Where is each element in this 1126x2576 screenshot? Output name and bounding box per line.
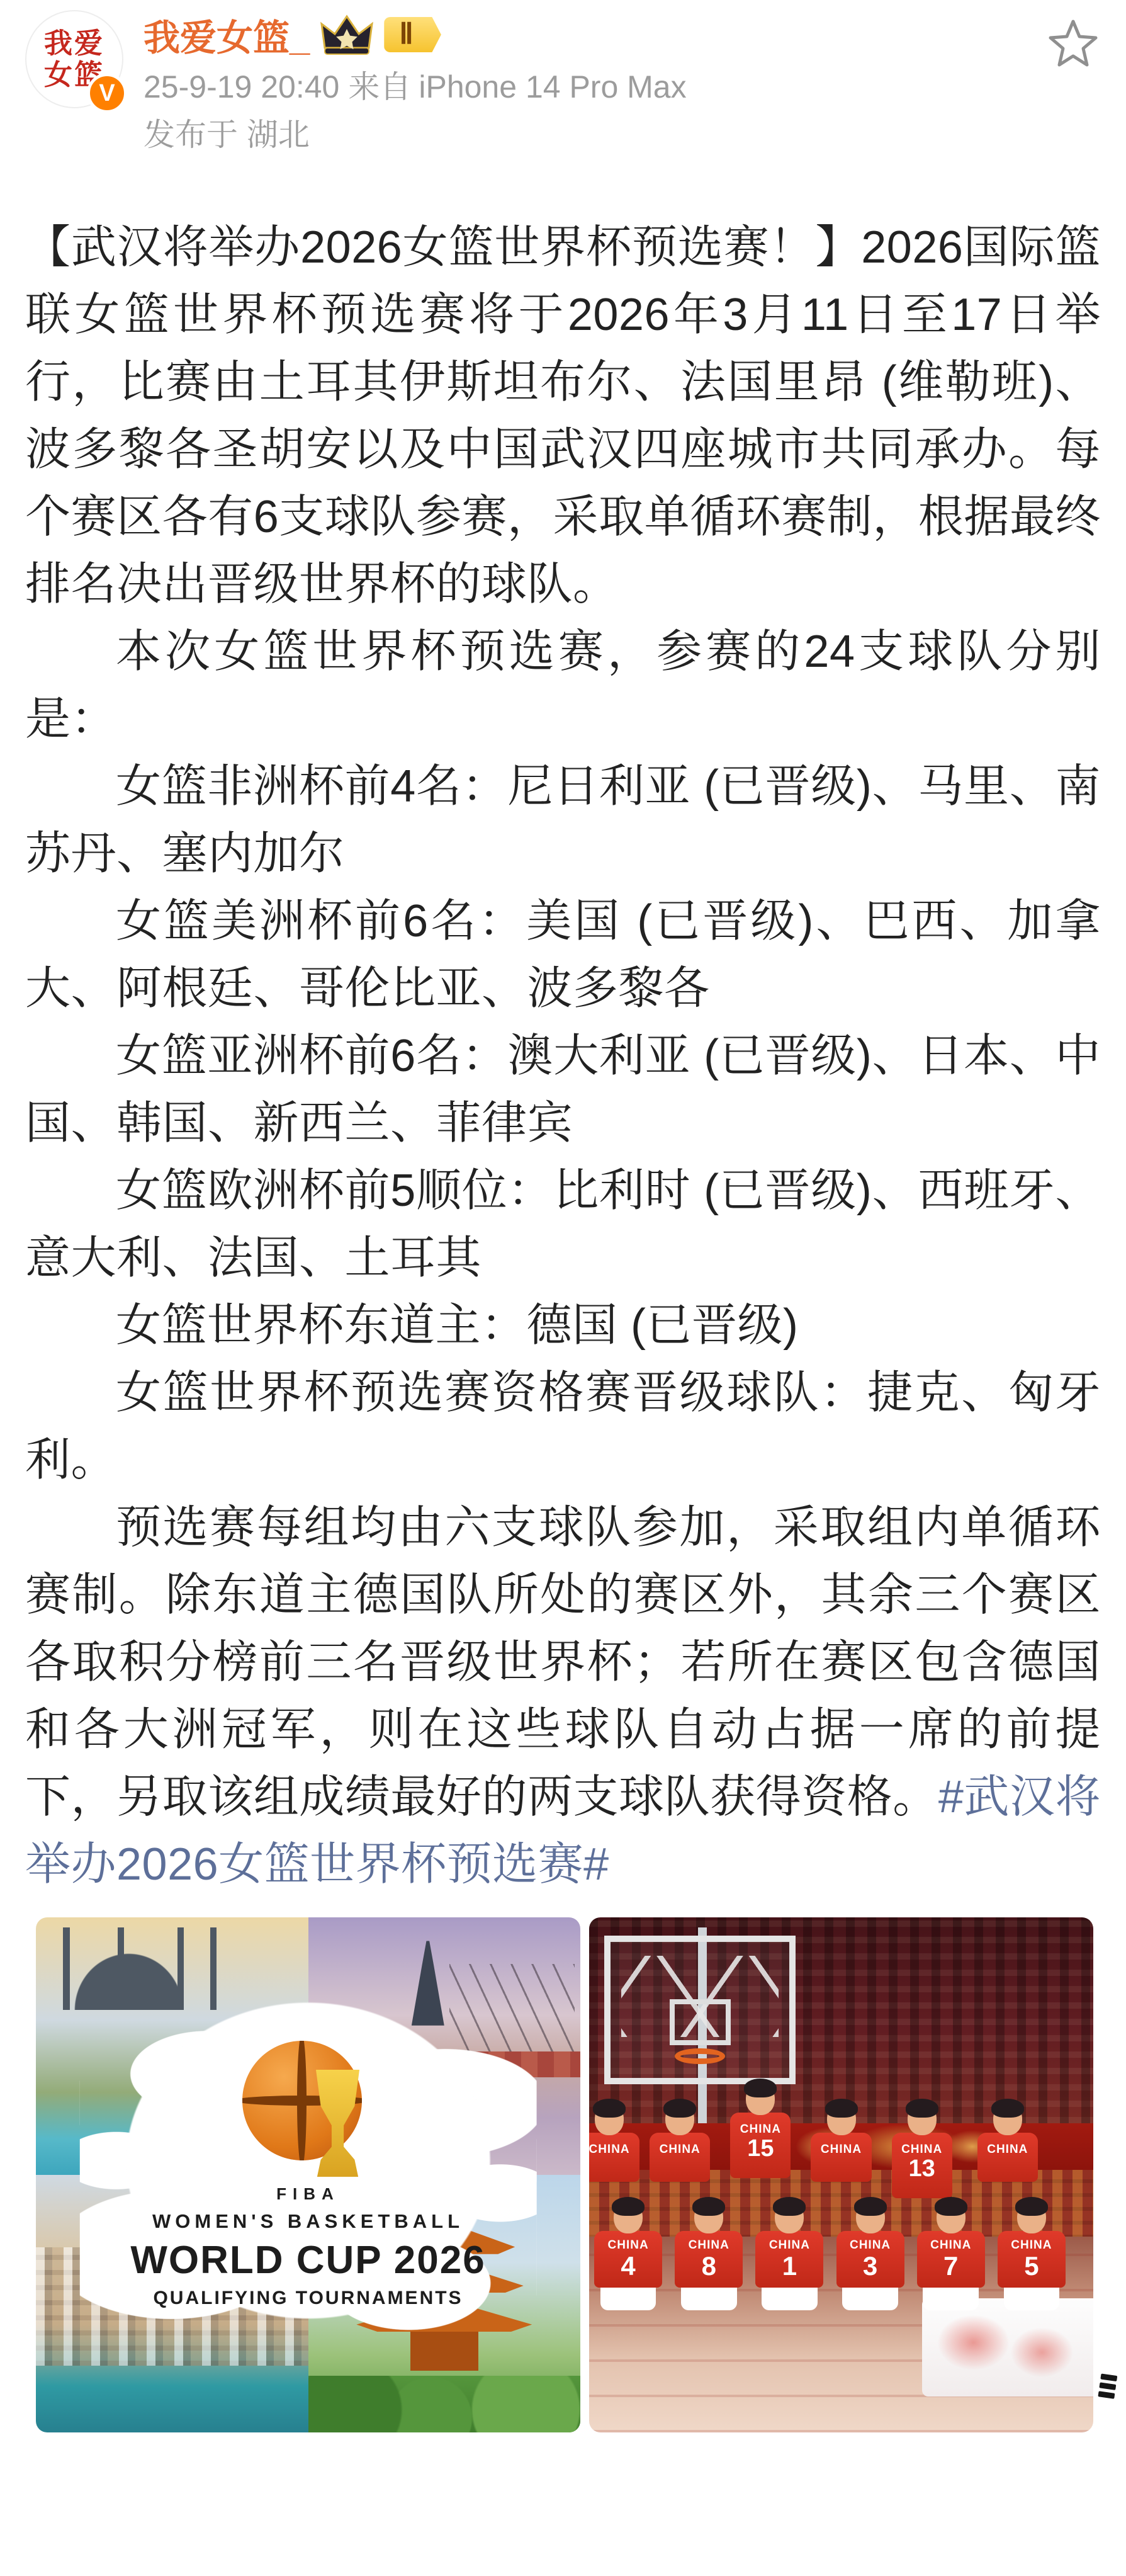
jersey-number: 4 — [597, 2252, 660, 2280]
jersey-number — [589, 2157, 637, 2165]
paragraph: 女篮欧洲杯前5顺位：比利时 (已晋级)、西班牙、意大利、法国、土耳其 — [25, 1157, 1101, 1292]
source-device: iPhone 14 Pro Max — [419, 69, 686, 105]
timestamp: 25-9-19 20:40 — [144, 69, 339, 105]
player: CHINA 8 — [675, 2201, 743, 2310]
image-watermark — [1095, 2373, 1119, 2416]
player-shorts — [842, 2288, 898, 2310]
paragraph-text: 【武汉将举办2026女篮世界杯预选赛！】2026国际篮联女篮世界杯预选赛将于20… — [25, 222, 1101, 610]
player: CHINA 7 — [917, 2201, 985, 2310]
image-china-team-photo[interactable]: CHINA CHINA CHINA 15 — [589, 1917, 1093, 2432]
player-jersey: CHINA 15 — [730, 2113, 791, 2178]
player-jersey: CHINA — [977, 2133, 1038, 2182]
fiba-worldcup-logo: FIBA WOMEN'S BASKETBALL WORLD CUP 2026 Q… — [91, 2041, 526, 2309]
player: CHINA 1 — [755, 2201, 823, 2310]
jersey-number: 7 — [920, 2252, 982, 2280]
crown-icon — [320, 11, 374, 58]
jersey-number — [813, 2157, 869, 2165]
jersey-label: CHINA — [758, 2238, 821, 2252]
header-info: 我爱女篮_ Ⅱ 25-9-19 20:40来自iPhone 14 Pro Max… — [144, 11, 1098, 154]
jersey-number: 1 — [758, 2252, 821, 2280]
paragraph-text: 女篮亚洲杯前6名：澳大利亚 (已晋级)、日本、中国、韩国、新西兰、菲律宾 — [25, 1031, 1101, 1149]
player-jersey: CHINA — [650, 2133, 710, 2182]
logo-line3: QUALIFYING TOURNAMENTS — [91, 2288, 526, 2309]
player-jersey: CHINA 13 — [892, 2133, 952, 2198]
player: CHINA 13 — [892, 2102, 952, 2198]
jersey-label: CHINA — [894, 2143, 950, 2157]
location-row: 发布于 湖北 — [144, 116, 1098, 154]
player-head — [746, 2082, 775, 2115]
player-shorts — [923, 2288, 979, 2310]
paragraph: 女篮世界杯东道主：德国 (已晋级) — [25, 1292, 1101, 1359]
player-head — [827, 2102, 856, 2135]
player-jersey: CHINA 1 — [755, 2231, 823, 2288]
username[interactable]: 我爱女篮_ — [144, 8, 310, 61]
logo-brand: FIBA — [91, 2184, 526, 2204]
player-jersey: CHINA 8 — [675, 2231, 743, 2288]
jersey-number: 13 — [894, 2157, 950, 2182]
player-head — [1017, 2201, 1046, 2233]
player-shorts — [681, 2288, 737, 2310]
jersey-number — [980, 2157, 1035, 2165]
vip-level-numeral: Ⅱ — [399, 18, 414, 50]
player-head — [595, 2102, 624, 2135]
player-head — [993, 2102, 1022, 2135]
logo-line1: WOMEN'S BASKETBALL — [91, 2210, 526, 2233]
paragraph-text: 女篮世界杯预选赛资格赛晋级球队：捷克、匈牙利。 — [25, 1368, 1101, 1485]
avatar-text-line1: 我爱 — [44, 28, 104, 59]
player: CHINA 5 — [998, 2201, 1066, 2310]
jersey-label: CHINA — [652, 2143, 707, 2157]
paragraph: 本次女篮世界杯预选赛，参赛的24支球队分别是： — [25, 618, 1101, 753]
jersey-number — [652, 2157, 707, 2165]
player-head — [614, 2201, 643, 2233]
player-jersey: CHINA 4 — [594, 2231, 662, 2288]
backboard-inner-square — [670, 1999, 731, 2045]
jersey-number: 8 — [677, 2252, 740, 2280]
jersey-label: CHINA — [813, 2143, 869, 2157]
player-jersey: CHINA 5 — [998, 2231, 1066, 2288]
paragraph: 女篮亚洲杯前6名：澳大利亚 (已晋级)、日本、中国、韩国、新西兰、菲律宾 — [25, 1023, 1101, 1157]
sponsor-board — [922, 2298, 1093, 2396]
avatar[interactable]: 我爱 女篮 V — [25, 10, 123, 108]
player-head — [937, 2201, 966, 2233]
image-worldcup-collage[interactable]: FIBA WOMEN'S BASKETBALL WORLD CUP 2026 Q… — [36, 1917, 580, 2432]
player-shorts — [762, 2288, 818, 2310]
player-head — [694, 2201, 723, 2233]
paragraph-text: 女篮非洲杯前4名：尼日利亚 (已晋级)、马里、南苏丹、塞内加尔 — [25, 761, 1101, 879]
player: CHINA — [589, 2102, 639, 2182]
favorite-star-icon[interactable] — [1047, 16, 1100, 69]
player-shorts — [600, 2288, 656, 2310]
verified-badge-letter: V — [99, 80, 115, 107]
paragraph: 女篮非洲杯前4名：尼日利亚 (已晋级)、马里、南苏丹、塞内加尔 — [25, 753, 1101, 888]
post-body: 【武汉将举办2026女篮世界杯预选赛！】2026国际篮联女篮世界杯预选赛将于20… — [0, 214, 1126, 1898]
jersey-label: CHINA — [733, 2123, 788, 2136]
player-jersey: CHINA — [811, 2133, 871, 2182]
jersey-label: CHINA — [980, 2143, 1035, 2157]
name-row: 我爱女篮_ Ⅱ — [144, 11, 1098, 58]
jersey-number: 3 — [839, 2252, 902, 2280]
player: CHINA — [977, 2102, 1038, 2182]
player: CHINA — [811, 2102, 871, 2182]
player: CHINA 4 — [594, 2201, 662, 2310]
paragraph-text: 女篮世界杯东道主：德国 (已晋级) — [116, 1300, 798, 1351]
source-prefix: 来自 — [348, 69, 411, 105]
player-jersey: CHINA 3 — [836, 2231, 904, 2288]
basketball-hoop — [675, 2048, 725, 2065]
backboard-frame — [604, 1936, 796, 2084]
paragraph: 女篮美洲杯前6名：美国 (已晋级)、巴西、加拿大、阿根廷、哥伦比亚、波多黎各 — [25, 888, 1101, 1023]
jersey-number: 5 — [1000, 2252, 1063, 2280]
player: CHINA 15 — [730, 2082, 791, 2178]
jersey-label: CHINA — [677, 2238, 740, 2252]
post-images: FIBA WOMEN'S BASKETBALL WORLD CUP 2026 Q… — [0, 1917, 1126, 2432]
post-header: 我爱 女篮 V 我爱女篮_ Ⅱ — [0, 0, 1126, 181]
jersey-label: CHINA — [1000, 2238, 1063, 2252]
player-jersey: CHINA 7 — [917, 2231, 985, 2288]
paragraph: 预选赛每组均由六支球队参加，采取组内单循环赛制。除东道主德国队所处的赛区外，其余… — [25, 1494, 1101, 1898]
minaret-silhouette — [63, 1927, 69, 2010]
player-head — [908, 2102, 937, 2135]
paragraph-text: 本次女篮世界杯预选赛，参赛的24支球队分别是： — [25, 627, 1101, 744]
jersey-label: CHINA — [920, 2238, 982, 2252]
player-head — [665, 2102, 694, 2135]
paragraph-text: 女篮美洲杯前6名：美国 (已晋级)、巴西、加拿大、阿根廷、哥伦比亚、波多黎各 — [25, 896, 1101, 1014]
jersey-number: 15 — [733, 2136, 788, 2162]
jersey-label: CHINA — [589, 2143, 637, 2157]
vip-level-badge: Ⅱ — [384, 17, 441, 52]
jersey-label: CHINA — [839, 2238, 902, 2252]
player-head — [775, 2201, 804, 2233]
logo-line2: WORLD CUP 2026 — [91, 2238, 526, 2283]
jersey-label: CHINA — [597, 2238, 660, 2252]
player-head — [856, 2201, 885, 2233]
player: CHINA — [650, 2102, 710, 2182]
player: CHINA 3 — [836, 2201, 904, 2310]
tree-band — [308, 2376, 581, 2432]
paragraph: 【武汉将举办2026女篮世界杯预选赛！】2026国际篮联女篮世界杯预选赛将于20… — [25, 214, 1101, 618]
timestamp-row: 25-9-19 20:40来自iPhone 14 Pro Max — [144, 68, 1098, 106]
paragraph: 女篮世界杯预选赛资格赛晋级球队：捷克、匈牙利。 — [25, 1359, 1101, 1494]
player-shorts — [1004, 2288, 1060, 2310]
player-jersey: CHINA — [589, 2133, 639, 2182]
basketball-trophy-icon — [242, 2041, 374, 2173]
paragraph-text: 女篮欧洲杯前5顺位：比利时 (已晋级)、西班牙、意大利、法国、土耳其 — [25, 1166, 1101, 1283]
verified-badge-icon: V — [87, 73, 127, 113]
weibo-post-page: 我爱 女篮 V 我爱女篮_ Ⅱ — [0, 0, 1126, 2576]
